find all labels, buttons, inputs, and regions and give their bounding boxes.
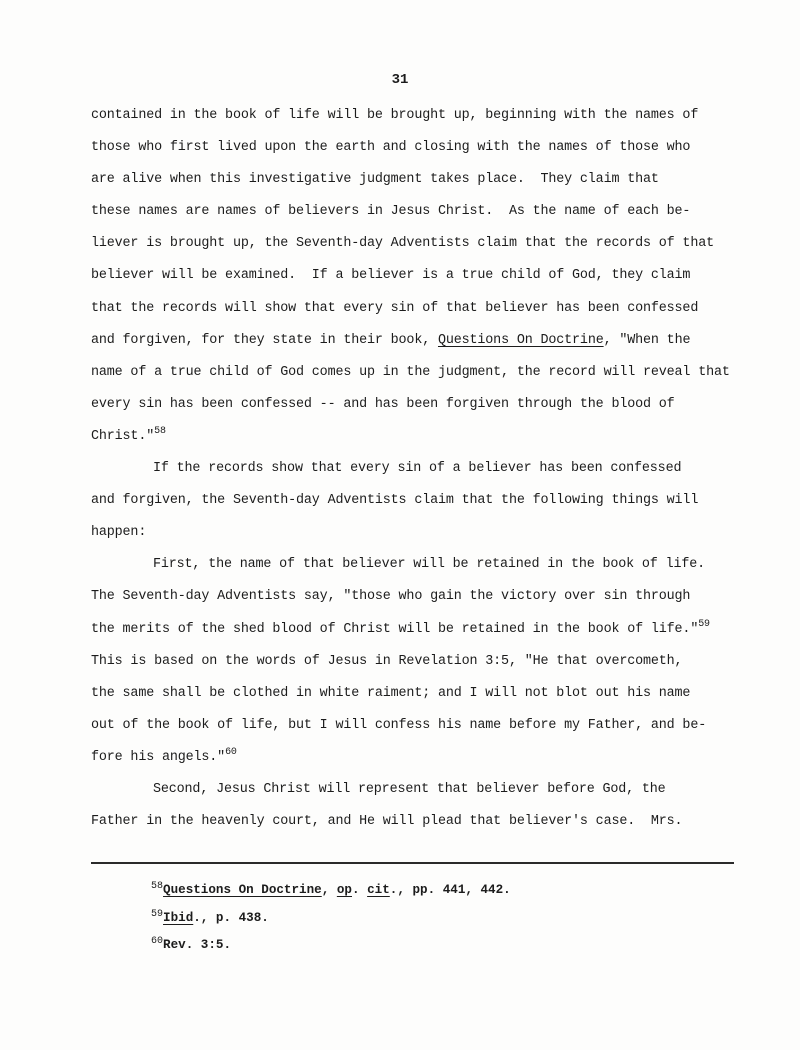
text-line: happen:	[91, 521, 771, 553]
text-line: are alive when this investigative judgme…	[91, 168, 771, 200]
text-line: Second, Jesus Christ will represent that…	[91, 778, 771, 810]
footnote-60: 60Rev. 3:5.	[151, 935, 511, 963]
text-line: First, the name of that believer will be…	[91, 553, 771, 585]
text-line: those who first lived upon the earth and…	[91, 136, 771, 168]
text-line: fore his angels."60	[91, 746, 771, 778]
text-line: If the records show that every sin of a …	[91, 457, 771, 489]
document-page: 31 contained in the book of life will be…	[0, 0, 800, 1050]
text-line: the merits of the shed blood of Christ w…	[91, 618, 771, 650]
footnote-title: Ibid	[163, 911, 193, 925]
footnote-separator	[91, 862, 734, 864]
text-line: believer will be examined. If a believer…	[91, 264, 771, 296]
text-line: contained in the book of life will be br…	[91, 104, 771, 136]
text-line: the same shall be clothed in white raime…	[91, 682, 771, 714]
text-line: and forgiven, the Seventh-day Adventists…	[91, 489, 771, 521]
footnote-58: 58Questions On Doctrine, op. cit., pp. 4…	[151, 880, 511, 908]
footnote-number: 58	[151, 881, 163, 892]
text-line: name of a true child of God comes up in …	[91, 361, 771, 393]
footnote-reference: 58	[154, 426, 166, 437]
text-line: out of the book of life, but I will conf…	[91, 714, 771, 746]
footnote-number: 60	[151, 936, 163, 947]
abbreviation: op	[337, 883, 352, 897]
text-line: Father in the heavenly court, and He wil…	[91, 810, 771, 842]
book-title: Questions On Doctrine	[438, 333, 604, 348]
text-line: The Seventh-day Adventists say, "those w…	[91, 585, 771, 617]
text-line: every sin has been confessed -- and has …	[91, 393, 771, 425]
footnote-number: 59	[151, 909, 163, 920]
page-number: 31	[0, 72, 800, 88]
text-line: liever is brought up, the Seventh-day Ad…	[91, 232, 771, 264]
body-text: contained in the book of life will be br…	[91, 104, 771, 842]
text-line: Christ."58	[91, 425, 771, 457]
text-line: and forgiven, for they state in their bo…	[91, 329, 771, 361]
abbreviation: cit	[367, 883, 390, 897]
text-line: This is based on the words of Jesus in R…	[91, 650, 771, 682]
footnote-59: 59Ibid., p. 438.	[151, 908, 511, 936]
footnotes: 58Questions On Doctrine, op. cit., pp. 4…	[151, 880, 511, 963]
footnote-reference: 59	[698, 619, 710, 630]
text-line: these names are names of believers in Je…	[91, 200, 771, 232]
footnote-reference: 60	[225, 747, 237, 758]
footnote-title: Questions On Doctrine	[163, 883, 322, 897]
text-line: that the records will show that every si…	[91, 297, 771, 329]
